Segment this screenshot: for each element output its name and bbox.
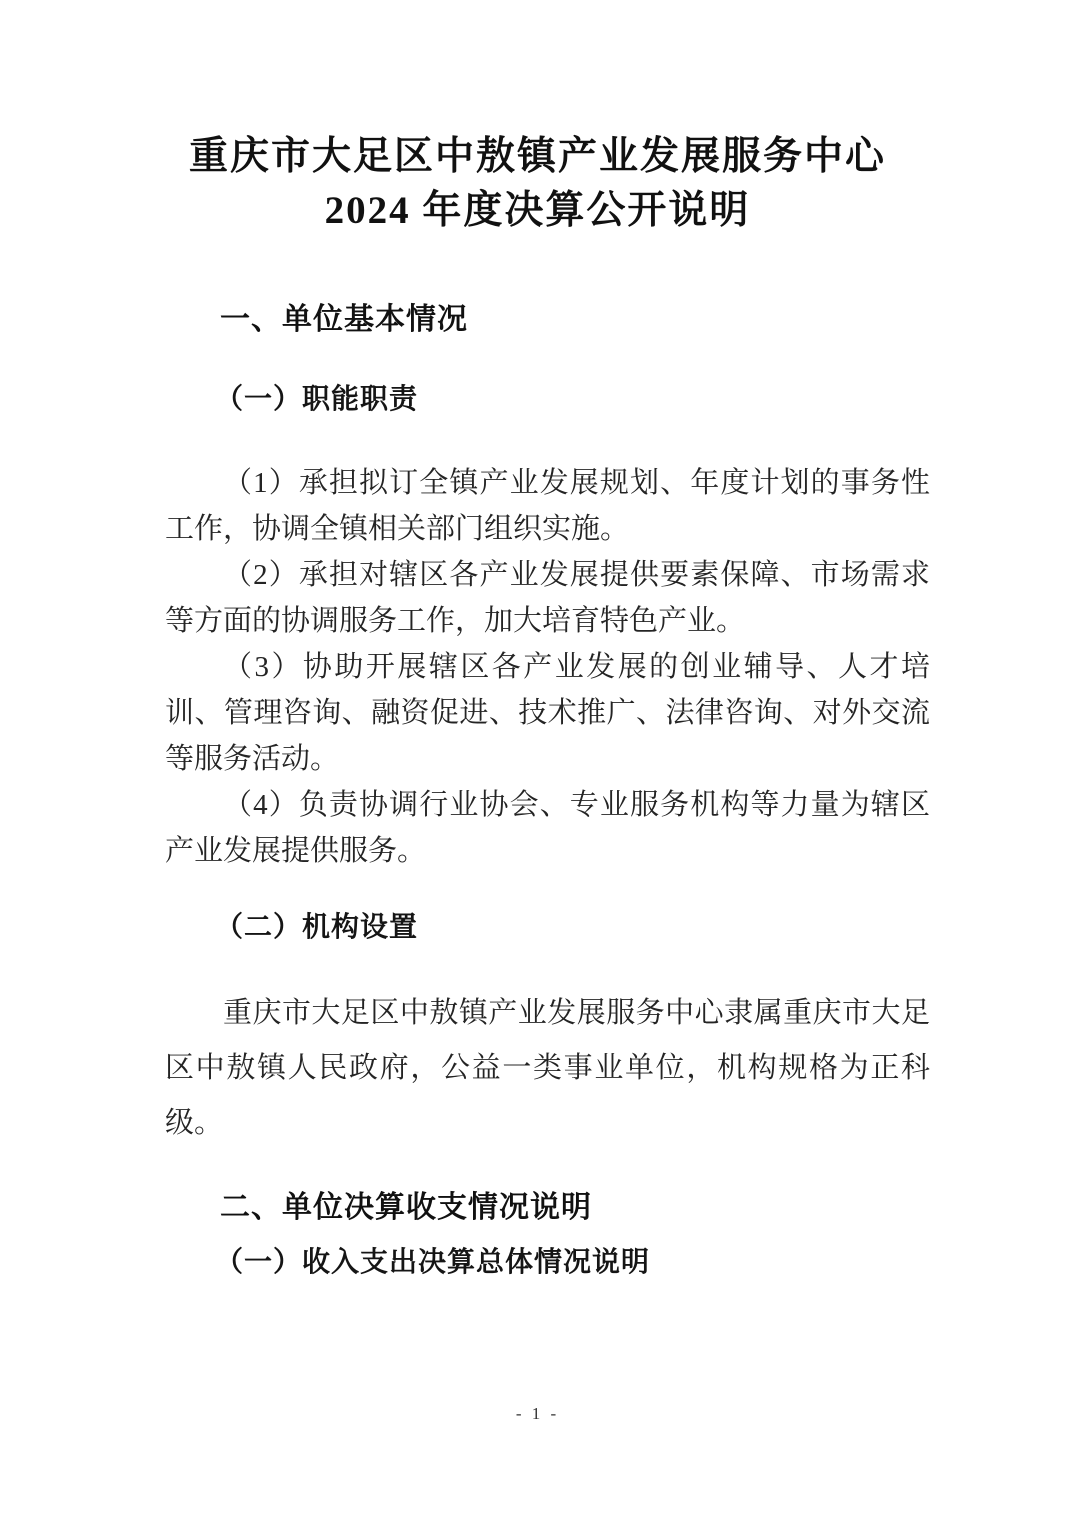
document-title-line2: 2024 年度决算公开说明 [0, 184, 1075, 238]
document-page: 重庆市大足区中敖镇产业发展服务中心 2024 年度决算公开说明 一、单位基本情况… [0, 0, 1075, 1520]
page-number: - 1 - [0, 1402, 1075, 1426]
duty-paragraph-1: （1）承担拟订全镇产业发展规划、年度计划的事务性工作，协调全镇相关部门组织实施。 [165, 460, 930, 552]
document-title-line1: 重庆市大足区中敖镇产业发展服务中心 [0, 130, 1075, 184]
section-heading-budget-statement: 二、单位决算收支情况说明 [165, 1188, 930, 1228]
duty-paragraph-2: （2）承担对辖区各产业发展提供要素保障、市场需求等方面的协调服务工作，加大培育特… [165, 552, 930, 644]
duties-paragraph-list: （1）承担拟订全镇产业发展规划、年度计划的事务性工作，协调全镇相关部门组织实施。… [165, 460, 930, 874]
section-heading-basic-info: 一、单位基本情况 [165, 300, 930, 340]
subsection-heading-duties: （一）职能职责 [165, 380, 930, 420]
duty-paragraph-4: （4）负责协调行业协会、专业服务机构等力量为辖区产业发展提供服务。 [165, 782, 930, 874]
subsection-heading-org-setup: （二）机构设置 [165, 908, 930, 948]
org-setup-paragraph: 重庆市大足区中敖镇产业发展服务中心隶属重庆市大足区中敖镇人民政府，公益一类事业单… [165, 986, 930, 1151]
duty-paragraph-3: （3）协助开展辖区各产业发展的创业辅导、人才培训、管理咨询、融资促进、技术推广、… [165, 644, 930, 782]
document-title: 重庆市大足区中敖镇产业发展服务中心 2024 年度决算公开说明 [0, 130, 1075, 238]
subsection-heading-income-expense-summary: （一）收入支出决算总体情况说明 [165, 1243, 930, 1283]
